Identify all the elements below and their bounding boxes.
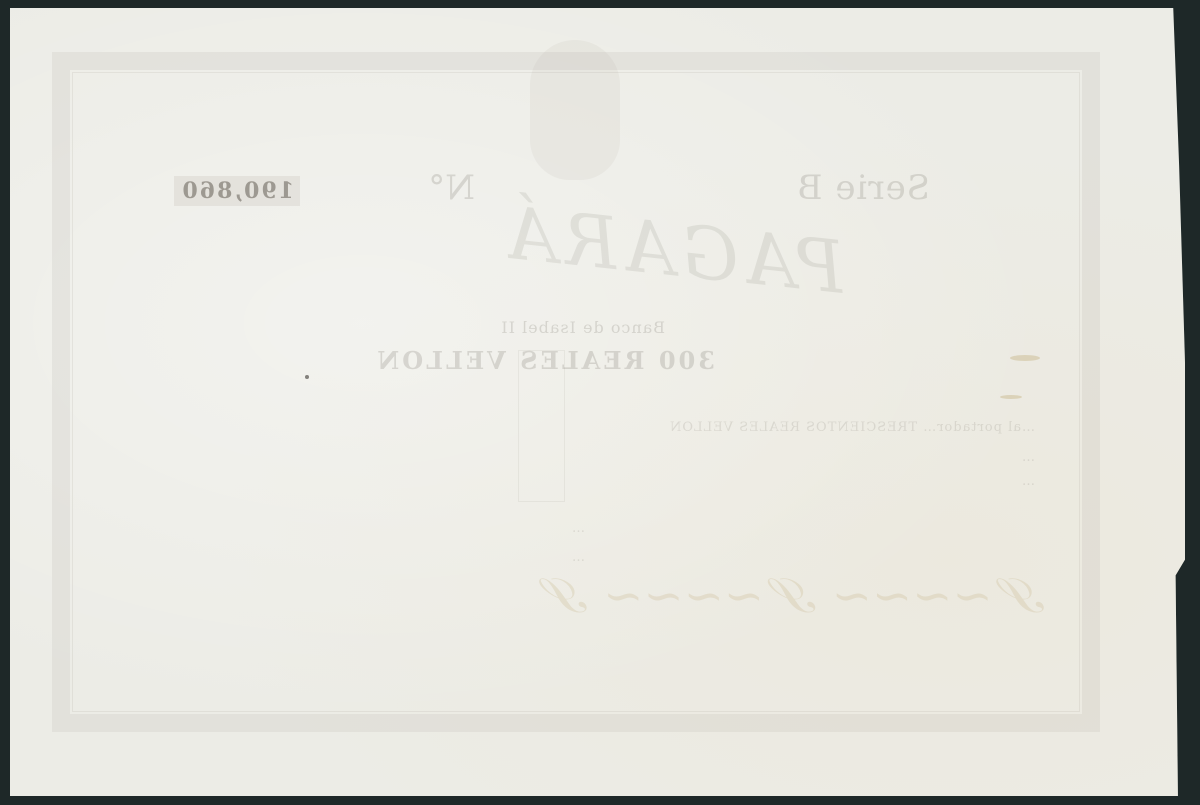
series-label: Serie B [797, 168, 930, 208]
bank-name: Banco de Isabel II [500, 318, 665, 337]
speck [305, 375, 309, 379]
signatures-ghost: 𝒮 ~~~~ 𝒮 ~~~~ 𝒮 [551, 568, 1045, 625]
stain [1010, 355, 1040, 361]
body-line-2: … [1021, 450, 1035, 465]
photo-scene: Serie B N° 190,860 PAGARÁ Banco de Isabe… [0, 0, 1200, 805]
stain [1000, 395, 1022, 399]
serial-number: 190,860 [174, 176, 300, 206]
large-script-text: PAGARÁ [496, 190, 848, 310]
body-line-5: … [571, 550, 585, 565]
mirrored-bleed-through: Serie B N° 190,860 PAGARÁ Banco de Isabe… [10, 8, 1185, 796]
number-label: N° [428, 168, 475, 208]
body-line-1: …al portador… TRESCIENTOS REALES VELLON [669, 420, 1035, 435]
body-line-3: … [1021, 474, 1035, 489]
denomination: 300 REALES VELLON [374, 346, 715, 375]
body-line-4: … [571, 521, 585, 536]
